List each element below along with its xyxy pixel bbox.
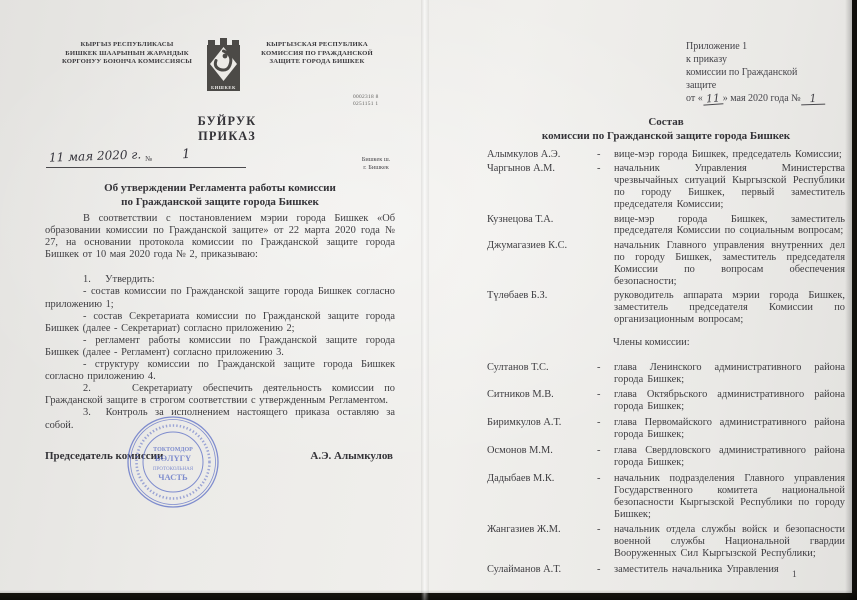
appendix-header-line: Приложение 1	[686, 40, 836, 53]
roster-row: Султанов Т.С. - глава Ленинского админис…	[487, 362, 845, 386]
appendix-header-line: защите	[686, 79, 836, 92]
member-dash: -	[597, 445, 614, 469]
order-body: В соответствии с постановлением мэрии го…	[45, 213, 395, 432]
member-role: начальник подразделения Главного управле…	[614, 473, 845, 521]
appendix-date-line: от «11» мая 2020 года №1	[686, 92, 836, 105]
number-sign: №	[145, 154, 152, 163]
member-dash: -	[597, 524, 614, 560]
member-dash: -	[597, 417, 614, 441]
member-name: Султанов Т.С.	[487, 362, 597, 386]
roster-row: Осмонов М.М. - глава Свердловского админ…	[487, 445, 845, 469]
signature-person: А.Э. Алымкулов	[310, 450, 393, 462]
handwritten-appendix-number: 1	[801, 94, 825, 106]
order-paragraph: - регламент работы комиссии по Гражданск…	[45, 335, 395, 359]
document-title: БУЙРУК ПРИКАЗ	[143, 114, 311, 144]
member-role: глава Октябрьского административного рай…	[614, 389, 845, 413]
document-title-kyrgyz: БУЙРУК	[143, 114, 311, 129]
form-serial-numbers: 0002318 8 0251151 1	[353, 94, 379, 108]
members-heading: Члены комиссии:	[613, 337, 845, 349]
member-role: глава Свердловского административного ра…	[614, 445, 845, 469]
member-role: начальник отдела службы войск и безопасн…	[614, 524, 845, 560]
member-name: Алымкулов А.Э.	[487, 149, 597, 161]
order-paragraph: - состав Секретариата комиссии по Гражда…	[45, 311, 395, 335]
appendix-header-line: комиссии по Гражданской	[686, 66, 836, 79]
member-name: Джумагазиев К.С.	[487, 240, 597, 288]
appendix-title: Состав комиссии по Гражданской защите го…	[487, 115, 845, 143]
member-role: начальник Управления Министерства чрезвы…	[614, 163, 845, 211]
photo-bottom-edge	[0, 590, 857, 600]
roster-row: Чаргынов А.М. - начальник Управления Мин…	[487, 163, 845, 211]
roster-row: Биримкулов А.Т. - глава Первомайского ад…	[487, 417, 845, 441]
handwritten-day: 11	[702, 93, 723, 105]
member-dash: -	[597, 149, 614, 161]
appendix-header-line: к приказу	[686, 53, 836, 66]
page-number: 1	[792, 570, 797, 580]
letterhead-kyrgyz-line: КЫРГЫЗ РЕСПУБЛИКАСЫ	[48, 41, 206, 50]
stamp-text-line4: ЧАСТЬ	[158, 472, 188, 482]
roster-row: Жангазиев Ж.М. - начальник отдела службы…	[487, 524, 845, 560]
roster-row: Дадыбаев М.К. - начальник подразделения …	[487, 473, 845, 521]
issue-place: Бишкек ш. г. Бишкек	[351, 156, 401, 172]
order-paragraph: - состав комиссии по Гражданской защите …	[45, 286, 395, 310]
serial-number: 0251151 1	[353, 101, 379, 108]
member-dash	[597, 240, 614, 288]
order-subject-line: по Гражданской защите города Бишкек	[45, 196, 395, 210]
order-paragraph: 1. Утвердить:	[45, 274, 395, 286]
roster-members: Султанов Т.С. - глава Ленинского админис…	[487, 362, 845, 577]
order-subject-line: Об утверждении Регламента работы комисси…	[45, 182, 395, 196]
member-role: начальник Главного управления внутренних…	[614, 240, 845, 288]
member-dash	[597, 214, 614, 238]
document-photo: КЫРГЫЗ РЕСПУБЛИКАСЫ БИШКЕК ШААРЫНЫН ЖАРА…	[0, 0, 857, 600]
member-name: Ситников М.В.	[487, 389, 597, 413]
member-name: Жангазиев Ж.М.	[487, 524, 597, 560]
appendix-title-line: Состав	[487, 115, 845, 129]
order-paragraph: 3. Контроль за исполнением настоящего пр…	[45, 407, 395, 431]
appendix-date-middle: » мая 2020 года №	[723, 93, 801, 104]
letterhead-russian-line: ЗАЩИТЕ ГОРОДА БИШКЕК	[250, 58, 384, 67]
date-number-line: 11 мая 2020 г. № 1	[46, 146, 246, 168]
letterhead-kyrgyz-line: БИШКЕК ШААРЫНЫН ЖАРАНДЫК	[48, 50, 206, 59]
commission-roster: Алымкулов А.Э. - вице-мэр города Бишкек,…	[487, 149, 845, 580]
member-role: вице-мэр города Бишкек, заместитель пред…	[614, 214, 845, 238]
order-subject: Об утверждении Регламента работы комисси…	[45, 182, 395, 210]
member-role: глава Ленинского административного район…	[614, 362, 845, 386]
member-role: руководитель аппарата мэрии города Бишке…	[614, 290, 845, 326]
member-name: Сулайманов А.Т.	[487, 564, 597, 576]
letterhead-russian-line: КЫРГЫЗСКАЯ РЕСПУБЛИКА	[250, 41, 384, 50]
member-name: Осмонов М.М.	[487, 445, 597, 469]
serial-number: 0002318 8	[353, 94, 379, 101]
order-paragraph: В соответствии с постановлением мэрии го…	[45, 213, 395, 261]
roster-row: Кузнецова Т.А. вице-мэр города Бишкек, з…	[487, 214, 845, 238]
member-dash: -	[597, 389, 614, 413]
issue-place-russian: г. Бишкек	[351, 164, 401, 172]
letterhead-russian-line: КОМИССИЯ ПО ГРАЖДАНСКОЙ	[250, 50, 384, 59]
photo-right-edge	[845, 0, 857, 600]
roster-leadership: Алымкулов А.Э. - вице-мэр города Бишкек,…	[487, 149, 845, 326]
appendix-date-prefix: от «	[686, 93, 703, 104]
member-role: глава Первомайского административного ра…	[614, 417, 845, 441]
member-role: вице-мэр города Бишкек, председатель Ком…	[614, 149, 845, 161]
member-name: Кузнецова Т.А.	[487, 214, 597, 238]
roster-row: Алымкулов А.Э. - вице-мэр города Бишкек,…	[487, 149, 845, 161]
member-name: Чаргынов А.М.	[487, 163, 597, 211]
member-dash: -	[597, 564, 614, 576]
member-name: Дадыбаев М.К.	[487, 473, 597, 521]
roster-row: Түлөбаев Б.З. руководитель аппарата мэри…	[487, 290, 845, 326]
member-name: Түлөбаев Б.З.	[487, 290, 597, 326]
appendix-title-line: комиссии по Гражданской защите города Би…	[487, 129, 845, 143]
document-title-russian: ПРИКАЗ	[143, 129, 311, 144]
letterhead-kyrgyz: КЫРГЫЗ РЕСПУБЛИКАСЫ БИШКЕК ШААРЫНЫН ЖАРА…	[48, 41, 206, 67]
roster-row: Ситников М.В. - глава Октябрьского админ…	[487, 389, 845, 413]
appendix-header: Приложение 1 к приказу комиссии по Гражд…	[686, 40, 836, 105]
letterhead-kyrgyz-line: КОРГОНУУ БОЮНЧА КОМИССИЯСЫ	[48, 58, 206, 67]
page-fold	[421, 0, 429, 600]
handwritten-order-number: 1	[182, 147, 191, 162]
handwritten-date: 11 мая 2020 г.	[49, 147, 142, 164]
member-dash: -	[597, 362, 614, 386]
member-dash: -	[597, 163, 614, 211]
bishkek-emblem-icon: БИШКЕК	[205, 37, 242, 92]
order-paragraph: 2. Секретариату обеспечить деятельность …	[45, 383, 395, 407]
member-dash	[597, 290, 614, 326]
order-paragraph: - структуру комиссии по Гражданской защи…	[45, 359, 395, 383]
protocol-stamp: ТОКТОМДОР БӨЛҮГҮ ПРОТОКОЛЬНАЯ ЧАСТЬ	[126, 415, 220, 509]
member-dash: -	[597, 473, 614, 521]
roster-row: Джумагазиев К.С. начальник Главного упра…	[487, 240, 845, 288]
issue-place-kyrgyz: Бишкек ш.	[351, 156, 401, 164]
member-role: заместитель начальника Управления	[614, 564, 845, 576]
member-name: Биримкулов А.Т.	[487, 417, 597, 441]
letterhead-russian: КЫРГЫЗСКАЯ РЕСПУБЛИКА КОМИССИЯ ПО ГРАЖДА…	[250, 41, 384, 67]
stamp-text-line2: БӨЛҮГҮ	[155, 453, 191, 463]
emblem-label: БИШКЕК	[211, 85, 236, 90]
